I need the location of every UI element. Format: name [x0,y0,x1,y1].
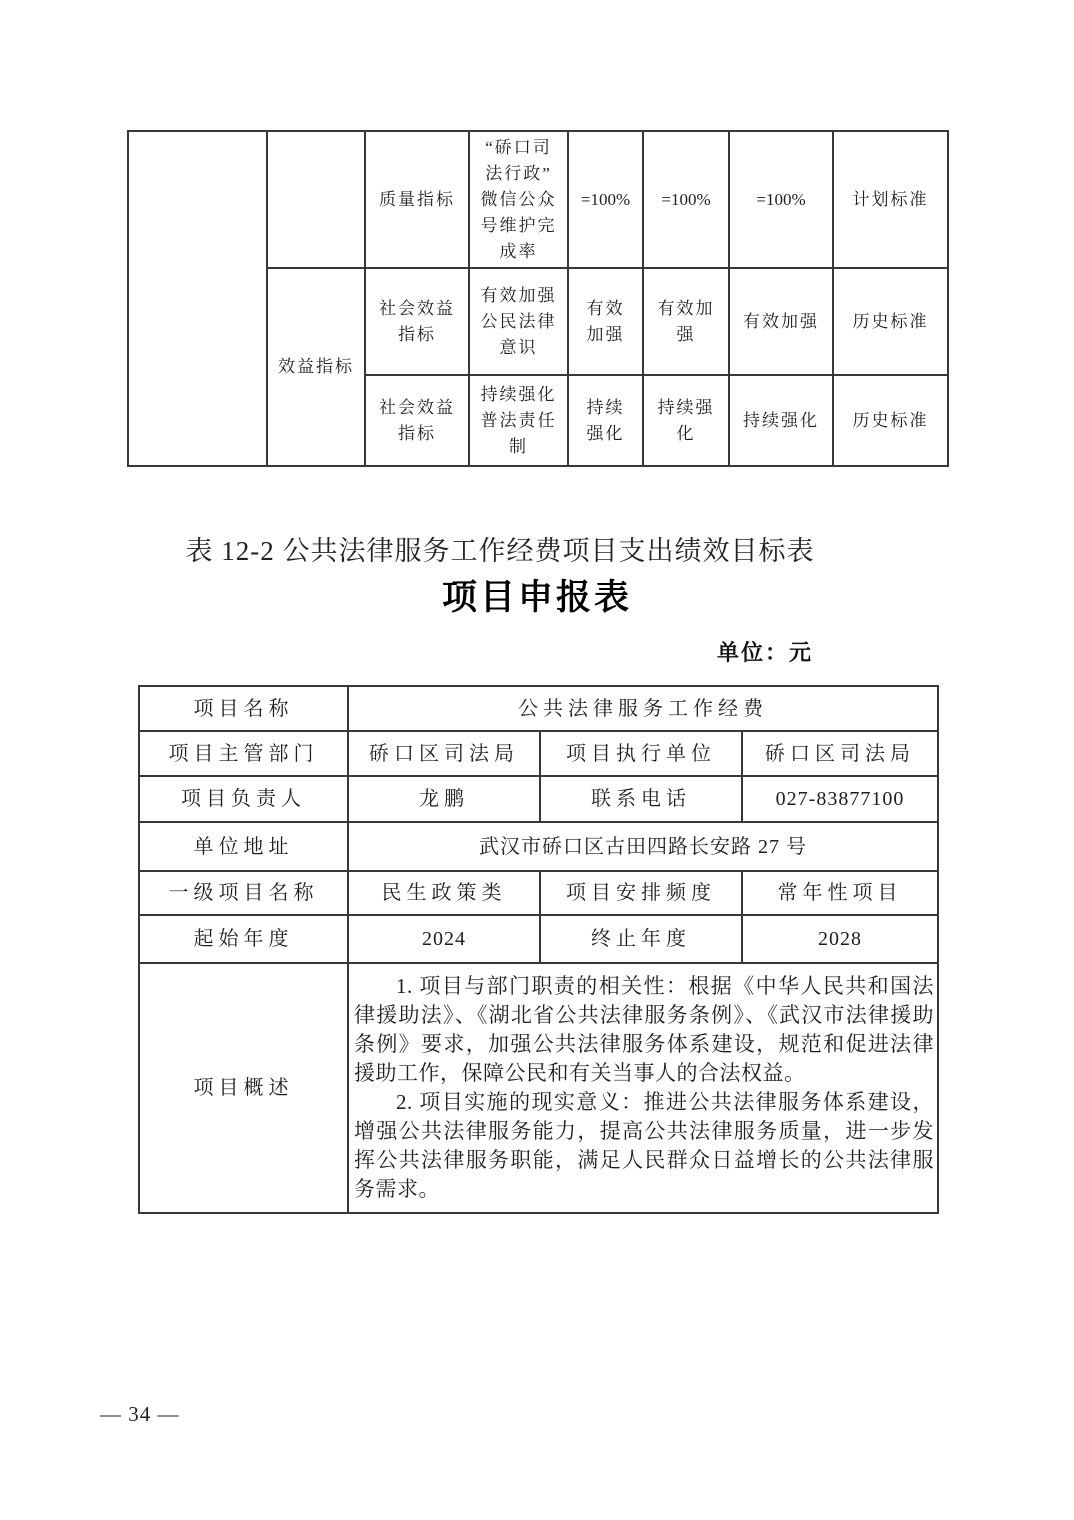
contact-phone-value: 027-83877100 [742,776,938,822]
project-leader-label: 项目负责人 [139,776,348,822]
supervising-dept-label: 项目主管部门 [139,731,348,776]
perf-value-cell: 有效加强 [729,268,833,375]
overview-paragraph-2: 2. 项目实施的现实意义：推进公共法律服务体系建设，增强公共法律服务能力，提高公… [354,1088,934,1204]
arrangement-frequency-value: 常年性项目 [742,871,938,915]
perf-value-cell: =100% [643,131,729,268]
perf-standard-cell: 历史标准 [833,268,948,375]
unit-address-label: 单位地址 [139,822,348,871]
perf-benefit-group-cell: 效益指标 [267,268,365,466]
perf-indicator-type-cell: 质量指标 [365,131,469,268]
perf-value-cell: 持续 强化 [568,375,643,466]
app-row-departments: 项目主管部门 硚口区司法局 项目执行单位 硚口区司法局 [139,731,938,776]
unit-label: 单位：元 [127,636,813,667]
perf-value-cell: 有效加 强 [643,268,729,375]
table-caption: 表 12-2 公共法律服务工作经费项目支出绩效目标表 [60,529,940,568]
perf-value-cell: =100% [568,131,643,268]
perf-indicator-type-cell: 社会效益 指标 [365,268,469,375]
level1-project-name-value: 民生政策类 [348,871,540,915]
perf-indicator-name-cell: 持续强化 普法责任 制 [469,375,568,466]
level1-project-name-label: 一级项目名称 [139,871,348,915]
contact-phone-label: 联系电话 [540,776,742,822]
perf-group-empty-cell [267,131,365,268]
perf-standard-cell: 历史标准 [833,375,948,466]
page-number: — 34 — [100,1402,180,1427]
executing-unit-value: 硚口区司法局 [742,731,938,776]
perf-value-cell: =100% [729,131,833,268]
unit-address-value: 武汉市硚口区古田四路长安路 27 号 [348,822,938,871]
form-title: 项目申报表 [0,570,1074,620]
perf-indicator-name-cell: 有效加强 公民法律 意识 [469,268,568,375]
app-row-years: 起始年度 2024 终止年度 2028 [139,915,938,963]
perf-indicator-name-cell: “硚口司 法行政” 微信公众 号维护完 成率 [469,131,568,268]
app-row-project-name: 项目名称 公共法律服务工作经费 [139,686,938,731]
overview-paragraph-1: 1. 项目与部门职责的相关性：根据《中华人民共和国法律援助法》、《湖北省公共法律… [354,972,934,1088]
project-application-table: 项目名称 公共法律服务工作经费 项目主管部门 硚口区司法局 项目执行单位 硚口区… [138,685,939,1214]
performance-indicators-table: 质量指标 “硚口司 法行政” 微信公众 号维护完 成率 =100% =100% … [127,130,949,467]
perf-left-empty-cell [128,131,267,466]
project-leader-value: 龙鹏 [348,776,540,822]
app-row-overview: 项目概述 1. 项目与部门职责的相关性：根据《中华人民共和国法律援助法》、《湖北… [139,963,938,1213]
document-page: 质量指标 “硚口司 法行政” 微信公众 号维护完 成率 =100% =100% … [0,0,1074,1520]
end-year-value: 2028 [742,915,938,963]
perf-standard-cell: 计划标准 [833,131,948,268]
perf-row-quality: 质量指标 “硚口司 法行政” 微信公众 号维护完 成率 =100% =100% … [128,131,948,268]
perf-value-cell: 持续强 化 [643,375,729,466]
start-year-value: 2024 [348,915,540,963]
project-overview-label: 项目概述 [139,963,348,1213]
app-row-category-frequency: 一级项目名称 民生政策类 项目安排频度 常年性项目 [139,871,938,915]
app-row-address: 单位地址 武汉市硚口区古田四路长安路 27 号 [139,822,938,871]
project-name-label: 项目名称 [139,686,348,731]
perf-value-cell: 持续强化 [729,375,833,466]
perf-value-cell: 有效 加强 [568,268,643,375]
start-year-label: 起始年度 [139,915,348,963]
perf-indicator-type-cell: 社会效益 指标 [365,375,469,466]
supervising-dept-value: 硚口区司法局 [348,731,540,776]
executing-unit-label: 项目执行单位 [540,731,742,776]
project-name-value: 公共法律服务工作经费 [348,686,938,731]
project-overview-text: 1. 项目与部门职责的相关性：根据《中华人民共和国法律援助法》、《湖北省公共法律… [348,963,938,1213]
arrangement-frequency-label: 项目安排频度 [540,871,742,915]
app-row-leader-phone: 项目负责人 龙鹏 联系电话 027-83877100 [139,776,938,822]
end-year-label: 终止年度 [540,915,742,963]
